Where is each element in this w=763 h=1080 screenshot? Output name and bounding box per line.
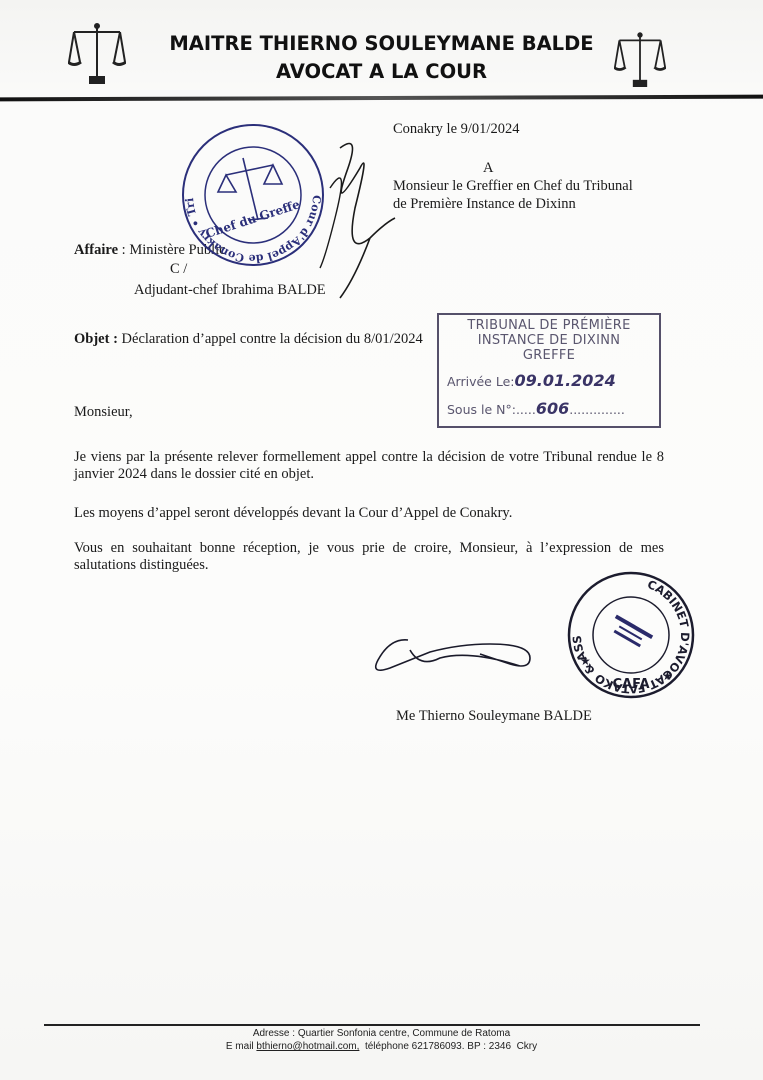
cabinet-stamp-bottom-text: CAFA bbox=[612, 677, 649, 692]
recipient-line-2: de Première Instance de Dixinn bbox=[393, 196, 576, 213]
cabinet-stamp: CABINET D'AVOCAT FATAKO & ASSOCIES CAFA … bbox=[566, 570, 696, 700]
lawyer-title-heading: AVOCAT A LA COUR bbox=[120, 60, 643, 83]
body-paragraph-2: Les moyens d’appel seront développés dev… bbox=[74, 505, 664, 522]
recipient-prefix: A bbox=[483, 160, 493, 177]
greffe-stamp-line-3: GREFFE bbox=[439, 348, 659, 363]
affaire-label: Affaire bbox=[74, 242, 118, 258]
letter-page: MAITRE THIERNO SOULEYMANE BALDE AVOCAT A… bbox=[0, 0, 763, 1080]
arrival-value: 09.01.2024 bbox=[514, 371, 615, 390]
body-paragraph-3: Vous en souhaitant bonne réception, je v… bbox=[74, 540, 664, 574]
greffier-signature bbox=[300, 128, 400, 303]
court-stamp-center-text: Chef du Greffe bbox=[204, 197, 302, 241]
objet-text: Déclaration d’appel contre la décision d… bbox=[122, 331, 423, 347]
arrival-label: Arrivée Le: bbox=[447, 374, 514, 389]
scales-of-justice-icon bbox=[68, 22, 126, 88]
number-label: Sous le N°: bbox=[447, 402, 516, 417]
greffe-reception-stamp: TRIBUNAL DE PRÉMIÈRE INSTANCE DE DIXINN … bbox=[437, 313, 661, 428]
salutation: Monsieur, bbox=[74, 404, 133, 421]
footer-address: Adresse : Quartier Sonfonia centre, Comm… bbox=[0, 1028, 763, 1039]
greffe-stamp-line-1: TRIBUNAL DE PRÉMIÈRE bbox=[439, 318, 659, 333]
star-icon: ★ bbox=[662, 669, 673, 683]
objet-label: Objet bbox=[74, 331, 109, 347]
number-value: 606 bbox=[536, 399, 569, 418]
greffe-number-field: Sous le N°:.....606.............. bbox=[447, 399, 625, 418]
affaire-party-2: Adjudant-chef Ibrahima BALDE bbox=[134, 282, 326, 299]
footer-phone-bp: téléphone 621786093. BP : 2346 Ckry bbox=[359, 1041, 537, 1052]
lawyer-signature bbox=[370, 630, 540, 680]
email-link[interactable]: bthierno@hotmail.com, bbox=[256, 1041, 359, 1052]
star-icon: ★ bbox=[580, 654, 591, 668]
greffe-arrival-field: Arrivée Le:09.01.2024 bbox=[447, 371, 616, 390]
recipient-line-1: Monsieur le Greffier en Chef du Tribunal bbox=[393, 178, 633, 195]
greffe-stamp-line-2: INSTANCE DE DIXINN bbox=[439, 333, 659, 348]
footer-divider bbox=[44, 1024, 700, 1026]
objet-line: Objet : Déclaration d’appel contre la dé… bbox=[74, 331, 423, 348]
date-line: Conakry le 9/01/2024 bbox=[393, 121, 519, 138]
lawyer-name-heading: MAITRE THIERNO SOULEYMANE BALDE bbox=[120, 32, 643, 55]
signatory-name: Me Thierno Souleymane BALDE bbox=[396, 708, 592, 725]
footer-contact: E mail bthierno@hotmail.com, téléphone 6… bbox=[0, 1041, 763, 1052]
body-paragraph-1: Je viens par la présente relever formell… bbox=[74, 449, 664, 483]
header-divider bbox=[0, 95, 763, 102]
